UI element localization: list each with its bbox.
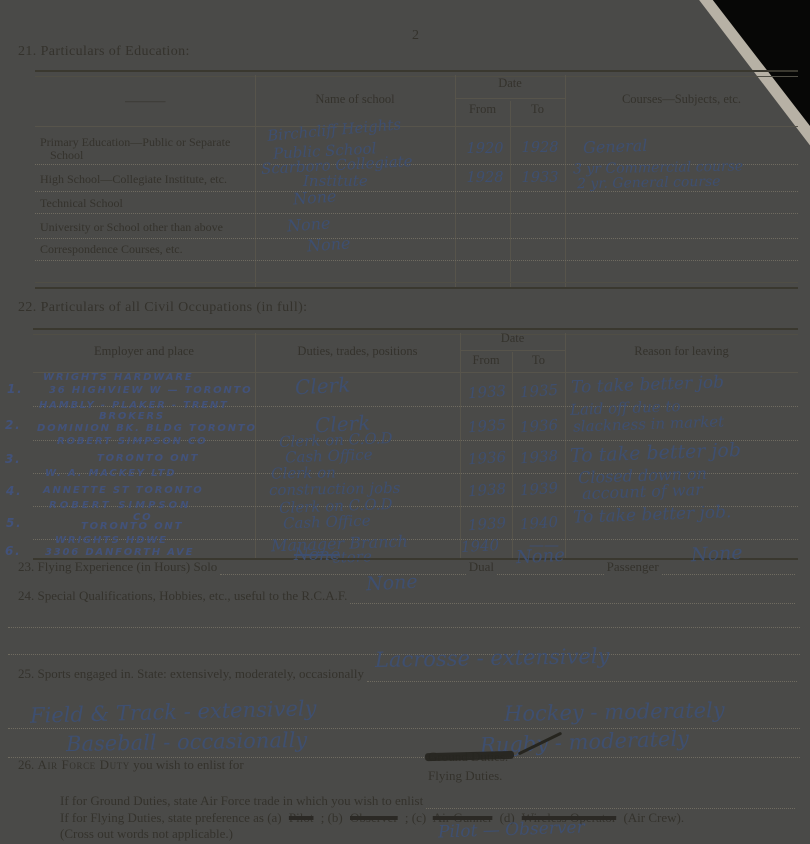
passenger-label: Passenger (607, 559, 659, 575)
date-to: 1936 (513, 415, 564, 436)
employer-entry: ROBERT SIMPSON CO (57, 436, 207, 447)
ground-duties-line: If for Ground Duties, state Air Force tr… (60, 793, 798, 809)
sport-entry: Lacrosse - extensively (375, 644, 610, 672)
sports-line-3: Baseball - occasionally Rugby - moderate… (8, 730, 800, 758)
date-to: 1935 (513, 380, 564, 401)
reason-entry: slackness in market (573, 412, 725, 435)
date-from: 1920 (459, 141, 511, 157)
courses-column-header: Courses—Subjects, etc. (565, 92, 798, 107)
pilot-option-struck: Pilot (289, 810, 314, 825)
observer-option-struck: Observer (350, 810, 398, 825)
date-from: 1928 (459, 170, 511, 186)
dotted-leader: None (497, 559, 604, 575)
table-top-rule (33, 328, 798, 335)
employer-entry: WRIGHTS HARDWARE (43, 372, 193, 383)
dual-label: Dual (469, 559, 494, 575)
blank-column-header: — (35, 94, 255, 109)
employer-entry: DOMINION BK. BLDG TORONTO (37, 423, 257, 434)
reason-entry: account of war (582, 480, 703, 503)
date-from: 1936 (461, 447, 512, 468)
row-number: 1. (7, 382, 24, 396)
date-header-underline (460, 350, 565, 351)
school-entry: None (306, 234, 351, 256)
sports-label: 25. Sports engaged in. State: extensivel… (18, 666, 364, 682)
date-from: 1940 (455, 536, 506, 557)
to-column-header: To (510, 102, 565, 117)
date-to: 1938 (513, 446, 564, 467)
school-entry: Birchcliff Heights (266, 115, 401, 145)
employer-entry: TORONTO ONT (97, 453, 199, 464)
reason-column-header: Reason for leaving (565, 344, 798, 359)
duties-column-header: Duties, trades, positions (255, 344, 460, 359)
dual-entry: None (516, 545, 566, 569)
crossout-note: (Cross out words not applicable.) (60, 826, 233, 842)
education-row-highschool: High School—Collegiate Institute, etc. S… (35, 164, 798, 192)
row-label: High School—Collegiate Institute, etc. (40, 173, 227, 186)
ground-duties-option: Ground Duties. (428, 749, 508, 765)
employer-entry: HAMBLY - PLAKER - TRENT (39, 400, 229, 411)
row-number: 4. (6, 484, 23, 498)
solo-entry: None (294, 545, 340, 565)
section-26-title: 26. Air Force Duty you wish to enlist fo… (18, 757, 244, 773)
dotted-leader: None (662, 559, 795, 575)
date-column-header: Date (455, 76, 565, 91)
flying-duties-option: Flying Duties. (428, 768, 502, 784)
date-to: 1939 (513, 478, 564, 499)
to-column-header: To (512, 353, 565, 368)
qualifications-entry: None (366, 571, 419, 596)
date-from: 1938 (461, 479, 512, 500)
courses-entry: General (583, 136, 648, 157)
sports-line-1: 25. Sports engaged in. State: extensivel… (18, 666, 800, 682)
row-number: 5. (6, 516, 23, 530)
education-row-university: University or School other than above No… (35, 213, 798, 239)
school-entry: None (286, 214, 331, 236)
row-label: University or School other than above (40, 221, 223, 234)
date-from: 1933 (461, 381, 512, 402)
flying-preference-line: If for Flying Duties, state preference a… (60, 810, 688, 826)
date-to: 1928 (514, 140, 566, 156)
employer-entry: BROKERS (99, 411, 165, 422)
table-bottom-rule (35, 282, 798, 289)
courses-entry: 2 yr. General course (577, 174, 721, 193)
employer-entry: ANNETTE ST TORONTO (43, 485, 204, 496)
duties-entry: Cash Office (283, 511, 371, 532)
date-column-header: Date (460, 331, 565, 346)
date-from: 1939 (461, 513, 512, 534)
page-number: 2 (412, 28, 419, 44)
flying-experience-label: 23. Flying Experience (in Hours) Solo (18, 559, 217, 575)
row-label: Correspondence Courses, etc. (40, 243, 183, 256)
row-number: 3. (5, 452, 22, 466)
date-header-underline (455, 98, 565, 99)
row-number: 2. (5, 418, 22, 432)
employer-column-header: Employer and place (33, 344, 255, 359)
dotted-leader (426, 793, 795, 809)
duties-entry: Clerk (294, 373, 350, 400)
reason-entry: To take better job (571, 372, 725, 397)
table-top-rule (35, 70, 798, 77)
scanned-form-page: 2 21. Particulars of Education: — Name o… (0, 0, 810, 844)
qualifications-line: 24. Special Qualifications, Hobbies, etc… (18, 588, 798, 604)
air-force-duty-smallcaps: Air Force Duty (38, 757, 130, 772)
sport-entry: Hockey - moderately (504, 698, 725, 726)
school-column-header: Name of school (255, 92, 455, 107)
reason-entry: To take better job (570, 439, 742, 467)
date-to: 1933 (514, 170, 566, 186)
employer-entry: W. A. MACKEY LTD (45, 468, 176, 479)
section-21-title: 21. Particulars of Education: (18, 44, 190, 60)
from-column-header: From (460, 353, 512, 368)
handwritten-preference: Pilot — Observer (438, 817, 585, 842)
sport-entry: Field & Track - extensively (30, 696, 317, 727)
reason-entry: To take better job. (573, 502, 732, 528)
education-row-technical: Technical School None (35, 191, 798, 214)
row-label: Technical School (40, 197, 123, 210)
employer-entry: TORONTO ONT (81, 521, 183, 532)
sport-entry: Baseball - occasionally (66, 728, 308, 756)
qualifications-label: 24. Special Qualifications, Hobbies, etc… (18, 588, 347, 604)
dotted-leader: None (220, 559, 465, 575)
passenger-entry: None (690, 542, 743, 567)
row-label: Primary Education—Public or Separate Sch… (40, 136, 230, 162)
from-column-header: From (455, 102, 510, 117)
section-22-title: 22. Particulars of all Civil Occupations… (18, 300, 307, 316)
date-from: 1935 (461, 415, 512, 436)
occupations-table: Employer and place Duties, trades, posit… (33, 328, 798, 560)
sports-line-2: Field & Track - extensively Hockey - mod… (8, 698, 800, 729)
education-row-correspondence: Correspondence Courses, etc. None (35, 238, 798, 261)
employer-entry: WRIGHTS HDWE (55, 535, 168, 546)
employer-entry: 36 HIGHVIEW W — TORONTO (49, 385, 252, 396)
education-table: — Name of school Date From To Courses—Su… (35, 70, 798, 289)
dotted-leader: None (350, 588, 795, 604)
row-number: 6. (5, 544, 22, 558)
blank-dotted-line (8, 627, 800, 628)
date-to: 1940 (513, 512, 564, 533)
school-entry: None (292, 187, 337, 209)
employer-entry: 3306 DANFORTH AVE (45, 547, 194, 558)
employer-entry: ROBERT SIMPSON (49, 500, 191, 511)
occupation-row: WRIGHTS HDWE 3306 DANFORTH AVE Manager B… (33, 539, 798, 560)
dotted-leader: Lacrosse - extensively (367, 666, 797, 682)
